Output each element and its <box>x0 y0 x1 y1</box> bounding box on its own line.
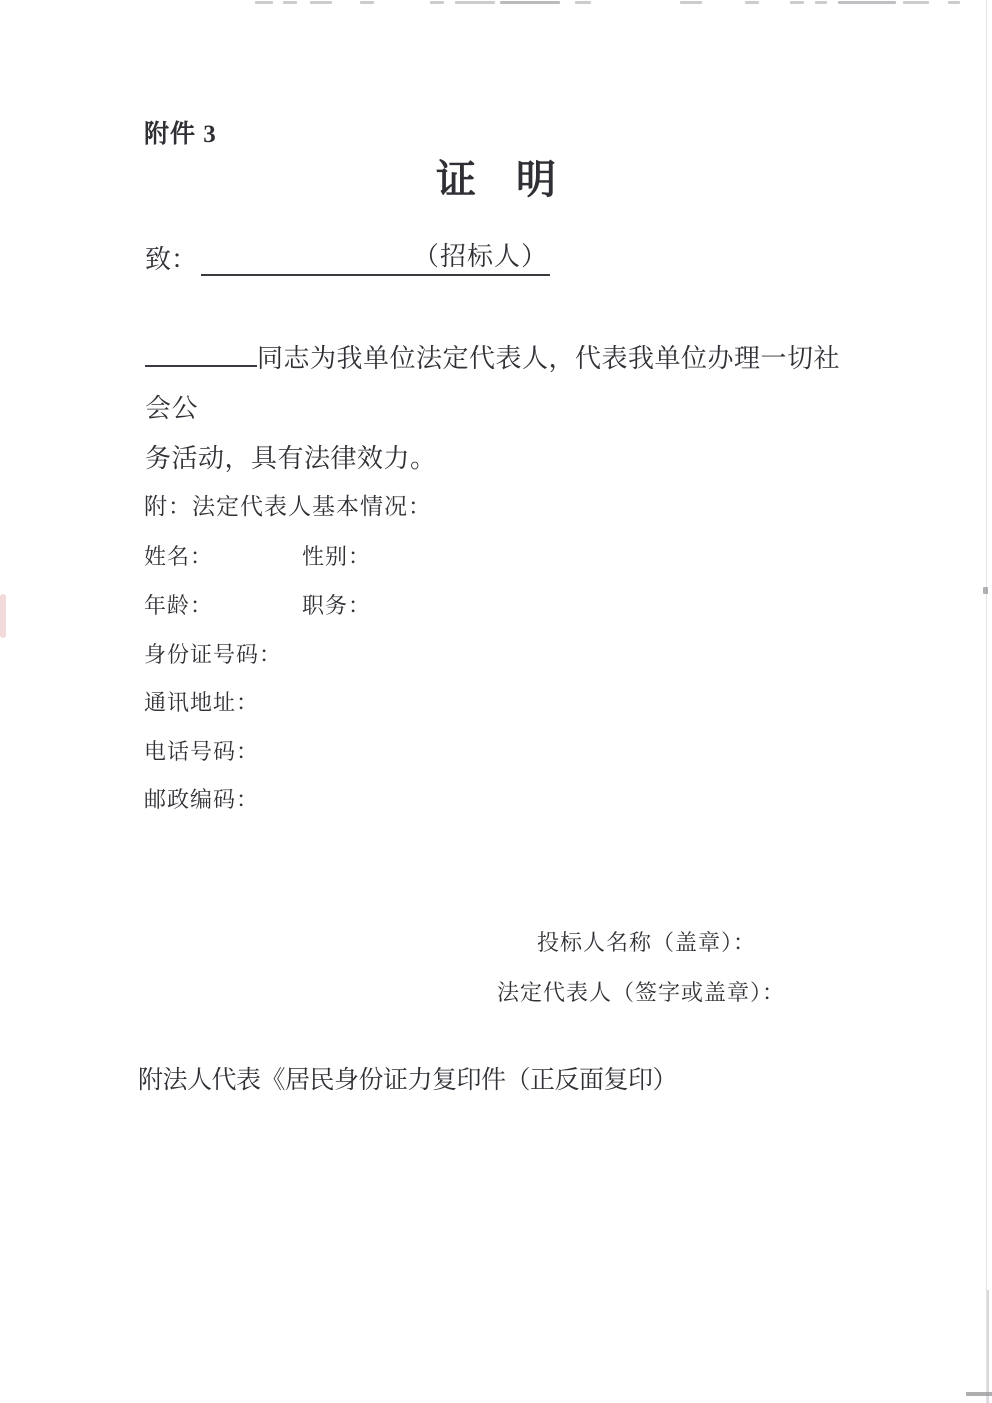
scan-artifact-pink-smudge <box>0 594 6 638</box>
scan-dash <box>255 1 273 4</box>
scan-artifact-corner-dash <box>966 1392 992 1396</box>
field-row-age-position: 年龄： 职务： <box>144 589 644 617</box>
footer-note: 附法人代表《居民身份证力复印件（正反面复印） <box>138 1060 677 1096</box>
id-number-field-label: 身份证号码： <box>144 638 644 666</box>
scan-artifact-corner-vline <box>987 1290 989 1403</box>
field-row-name-gender: 姓名： 性别： <box>144 540 644 568</box>
document-title: 证 明 <box>0 148 992 205</box>
scan-artifact-right-edge-tick <box>983 587 988 594</box>
age-field-label: 年龄： <box>144 593 213 618</box>
scan-dash <box>745 1 759 4</box>
scan-dash <box>283 1 297 4</box>
scan-dash <box>680 1 702 4</box>
gender-field-label: 性别： <box>302 540 371 571</box>
phone-field-label: 电话号码： <box>144 735 644 763</box>
postcode-field-label: 邮政编码： <box>144 783 644 811</box>
recipient-blank-field <box>201 244 411 276</box>
scan-dash <box>948 1 960 4</box>
salutation-line: 致： （招标人） <box>145 242 550 276</box>
legal-rep-info-heading: 附：法定代表人基本情况： <box>144 488 432 521</box>
statement-text-2: 务活动，具有法律效力。 <box>145 444 437 473</box>
scan-dash <box>815 1 827 4</box>
scan-dash <box>790 1 804 4</box>
attachment-label: 附件 3 <box>144 114 217 150</box>
statement-line-1: 同志为我单位法定代表人，代表我单位办理一切社会公 <box>145 334 857 434</box>
legal-rep-signature-label: 法定代表人（签字或盖章）： <box>497 976 785 1007</box>
scan-dash <box>838 1 896 4</box>
scan-dash <box>903 1 929 4</box>
scan-artifact-right-edge-line <box>986 0 987 1403</box>
position-field-label: 职务： <box>302 589 371 620</box>
statement-paragraph: 同志为我单位法定代表人，代表我单位办理一切社会公 务活动，具有法律效力。 <box>145 334 857 484</box>
to-label: 致： <box>145 239 201 276</box>
address-field-label: 通讯地址： <box>144 686 644 714</box>
scan-dash <box>360 1 374 4</box>
scan-dash <box>575 1 591 4</box>
scan-dash <box>455 1 495 4</box>
scan-dash <box>310 1 332 4</box>
tenderer-label: （招标人） <box>411 236 550 276</box>
name-field-label: 姓名： <box>144 544 213 569</box>
bidder-seal-label: 投标人名称（盖章）： <box>537 926 756 957</box>
scanned-document-page: 附件 3 证 明 致： （招标人） 同志为我单位法定代表人，代表我单位办理一切社… <box>0 0 992 1403</box>
statement-line-2: 务活动，具有法律效力。 <box>145 434 857 484</box>
name-blank-field <box>145 339 257 367</box>
scan-dash <box>500 1 560 4</box>
scan-dash <box>430 1 444 4</box>
